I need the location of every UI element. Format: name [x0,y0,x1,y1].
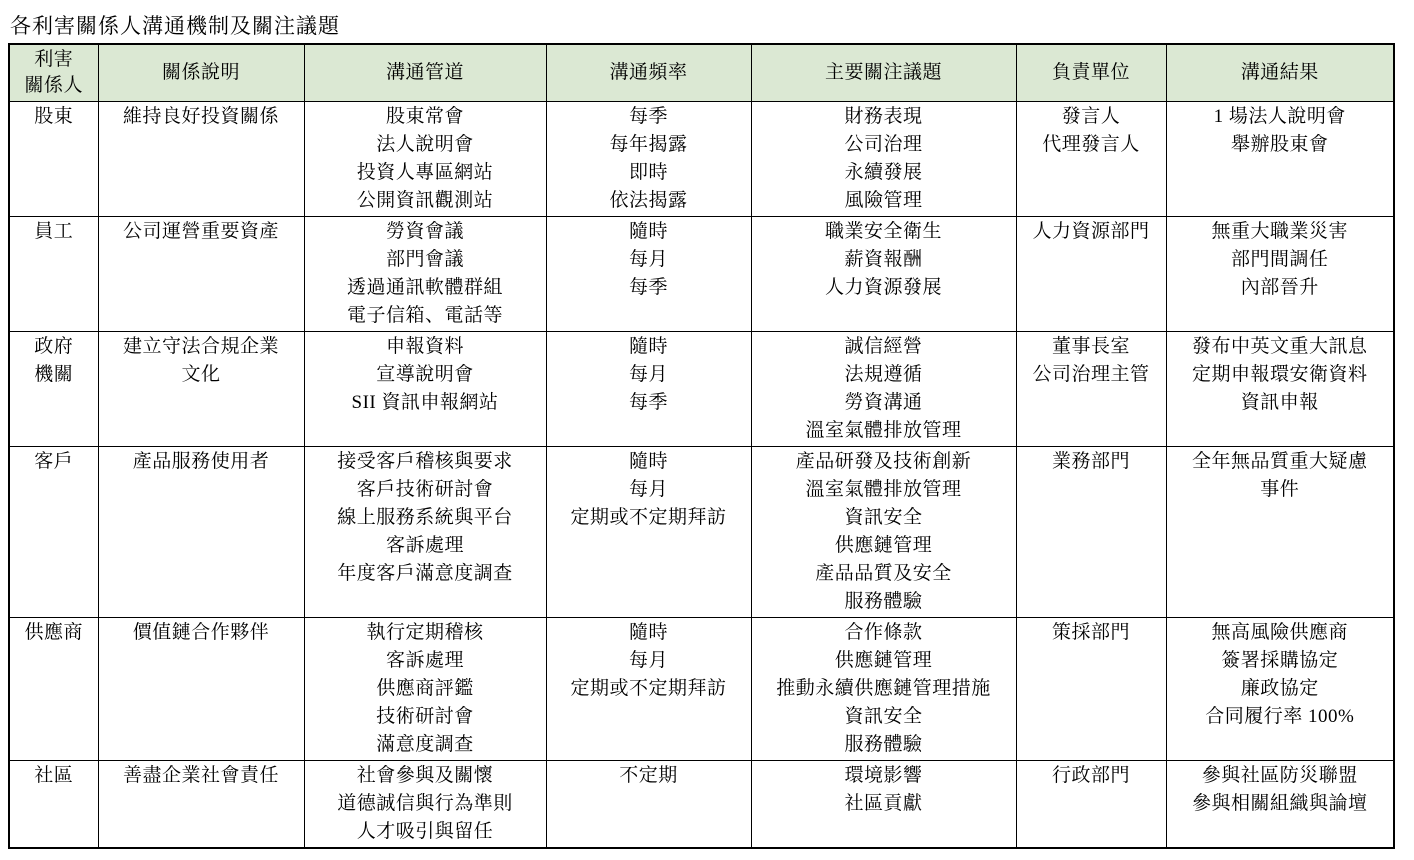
cell-suppliers-frequency: 隨時 每月 定期或不定期拜訪 [546,617,751,760]
cell-employees-unit: 人力資源部門 [1016,216,1166,331]
cell-customers-stakeholder: 客戶 [9,446,98,617]
cell-community-stakeholder: 社區 [9,760,98,848]
table-row-shareholders: 股東 維持良好投資關係 股東常會 法人說明會 投資人專區網站 公開資訊觀測站 每… [9,101,1394,216]
table-row-employees: 員工 公司運營重要資產 勞資會議 部門會議 透過通訊軟體群組 電子信箱、電話等 … [9,216,1394,331]
col-header-frequency: 溝通頻率 [546,44,751,101]
cell-community-frequency: 不定期 [546,760,751,848]
page-title: 各利害關係人溝通機制及關注議題 [10,10,340,40]
cell-customers-unit: 業務部門 [1016,446,1166,617]
stakeholder-table: 利害 關係人 關係說明 溝通管道 溝通頻率 主要關注議題 負責單位 溝通結果 股… [8,43,1395,849]
cell-government-relationship: 建立守法合規企業 文化 [98,331,304,446]
cell-suppliers-unit: 策採部門 [1016,617,1166,760]
cell-community-results: 參與社區防災聯盟 參與相關組織與論壇 [1166,760,1394,848]
cell-employees-relationship: 公司運營重要資產 [98,216,304,331]
cell-customers-topics: 產品研發及技術創新 溫室氣體排放管理 資訊安全 供應鏈管理 產品品質及安全 服務… [751,446,1016,617]
cell-shareholders-unit: 發言人 代理發言人 [1016,101,1166,216]
cell-suppliers-channels: 執行定期稽核 客訴處理 供應商評鑑 技術研討會 滿意度調查 [304,617,546,760]
cell-customers-relationship: 產品服務使用者 [98,446,304,617]
table-row-government: 政府 機關 建立守法合規企業 文化 申報資料 宣導說明會 SII 資訊申報網站 … [9,331,1394,446]
header-row: 利害 關係人 關係說明 溝通管道 溝通頻率 主要關注議題 負責單位 溝通結果 [9,44,1394,101]
cell-shareholders-topics: 財務表現 公司治理 永續發展 風險管理 [751,101,1016,216]
cell-employees-channels: 勞資會議 部門會議 透過通訊軟體群組 電子信箱、電話等 [304,216,546,331]
col-header-stakeholder: 利害 關係人 [9,44,98,101]
cell-government-stakeholder: 政府 機關 [9,331,98,446]
col-header-topics: 主要關注議題 [751,44,1016,101]
col-header-unit: 負責單位 [1016,44,1166,101]
cell-community-channels: 社會參與及關懷 道德誠信與行為準則 人才吸引與留任 [304,760,546,848]
cell-shareholders-channels: 股東常會 法人說明會 投資人專區網站 公開資訊觀測站 [304,101,546,216]
cell-suppliers-relationship: 價值鏈合作夥伴 [98,617,304,760]
table-row-community: 社區 善盡企業社會責任 社會參與及關懷 道德誠信與行為準則 人才吸引與留任 不定… [9,760,1394,848]
cell-customers-results: 全年無品質重大疑慮 事件 [1166,446,1394,617]
table-row-suppliers: 供應商 價值鏈合作夥伴 執行定期稽核 客訴處理 供應商評鑑 技術研討會 滿意度調… [9,617,1394,760]
cell-suppliers-results: 無高風險供應商 簽署採購協定 廉政協定 合同履行率 100% [1166,617,1394,760]
cell-employees-results: 無重大職業災害 部門間調任 內部晉升 [1166,216,1394,331]
cell-customers-channels: 接受客戶稽核與要求 客戶技術研討會 線上服務系統與平台 客訴處理 年度客戶滿意度… [304,446,546,617]
cell-shareholders-frequency: 每季 每年揭露 即時 依法揭露 [546,101,751,216]
cell-shareholders-stakeholder: 股東 [9,101,98,216]
cell-government-channels: 申報資料 宣導說明會 SII 資訊申報網站 [304,331,546,446]
cell-community-unit: 行政部門 [1016,760,1166,848]
cell-government-unit: 董事長室 公司治理主管 [1016,331,1166,446]
document-page: 各利害關係人溝通機制及關注議題 利害 關係人 關係說明 溝通管道 溝通頻率 主要… [0,0,1414,860]
cell-government-frequency: 隨時 每月 每季 [546,331,751,446]
cell-shareholders-relationship: 維持良好投資關係 [98,101,304,216]
cell-customers-frequency: 隨時 每月 定期或不定期拜訪 [546,446,751,617]
cell-government-results: 發布中英文重大訊息 定期申報環安衛資料 資訊申報 [1166,331,1394,446]
col-header-results: 溝通結果 [1166,44,1394,101]
cell-suppliers-stakeholder: 供應商 [9,617,98,760]
col-header-channels: 溝通管道 [304,44,546,101]
cell-government-topics: 誠信經營 法規遵循 勞資溝通 溫室氣體排放管理 [751,331,1016,446]
cell-employees-stakeholder: 員工 [9,216,98,331]
cell-employees-frequency: 隨時 每月 每季 [546,216,751,331]
cell-community-topics: 環境影響 社區貢獻 [751,760,1016,848]
cell-suppliers-topics: 合作條款 供應鏈管理 推動永續供應鏈管理措施 資訊安全 服務體驗 [751,617,1016,760]
col-header-relationship: 關係說明 [98,44,304,101]
cell-community-relationship: 善盡企業社會責任 [98,760,304,848]
cell-shareholders-results: 1 場法人說明會 舉辦股東會 [1166,101,1394,216]
table-row-customers: 客戶 產品服務使用者 接受客戶稽核與要求 客戶技術研討會 線上服務系統與平台 客… [9,446,1394,617]
cell-employees-topics: 職業安全衛生 薪資報酬 人力資源發展 [751,216,1016,331]
